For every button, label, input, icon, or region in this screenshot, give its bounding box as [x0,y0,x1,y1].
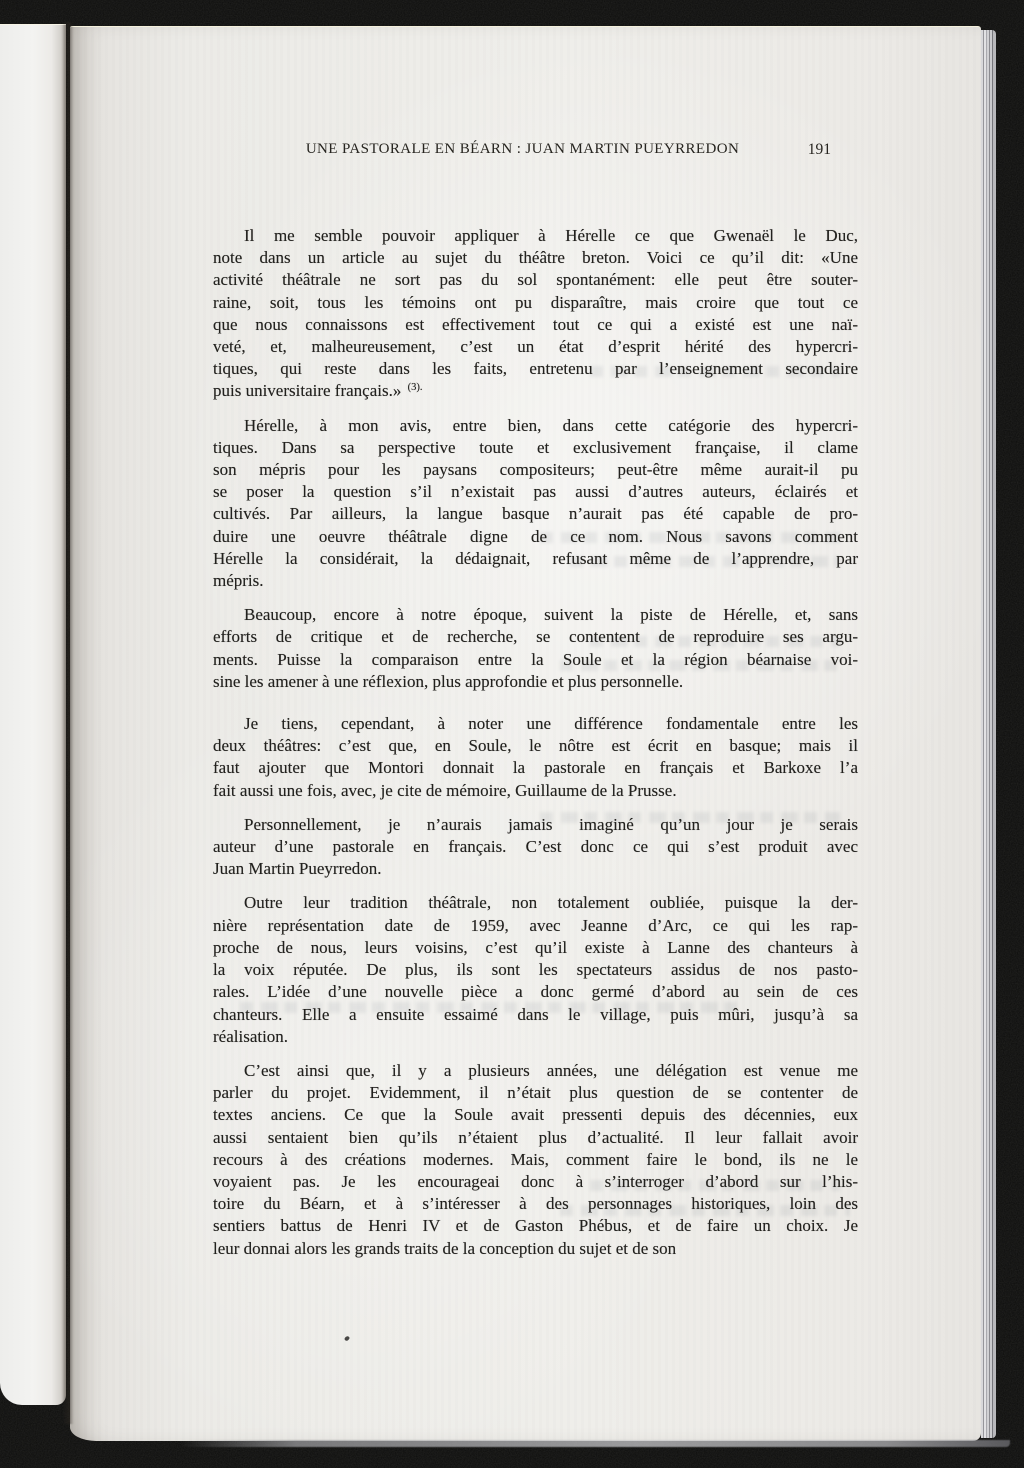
text-line: activité théâtrale ne sort pas du sol sp… [213,269,858,291]
text-line: que nous connaissons est effectivement t… [213,314,858,336]
scanned-book-spread: UNE PASTORALE EN BÉARN : JUAN MARTIN PUE… [0,0,1024,1468]
page-text: Il me semble pouvoir appliquer à Hérelle… [213,225,858,1260]
page-number: 191 [808,141,831,159]
paragraph: Hérelle, à mon avis, entre bien, dans ce… [213,415,858,593]
text-line: nière représentation date de 1959, avec … [213,915,858,937]
paragraph: Outre leur tradition théâtrale, non tota… [213,892,858,1047]
text-line: son mépris pour les paysans compositeurs… [213,459,858,481]
text-line: voyaient pas. Je les encourageai donc à … [213,1171,858,1193]
text-line: fait aussi une fois, avec, je cite de mé… [213,780,858,802]
facing-page-edge [0,24,66,1405]
text-line: auteur d’une pastorale en français. C’es… [213,836,858,858]
paragraph: Personnellement, je n’aurais jamais imag… [213,814,858,881]
paragraph: C’est ainsi que, il y a plusieurs années… [213,1060,858,1260]
page-bottom-edges [180,1440,1010,1447]
text-line: deux théâtres: c’est que, en Soule, le n… [213,735,858,757]
paragraph: Je tiens, cependant, à noter une différe… [213,713,858,802]
text-line-body: puis universitaire français.» [213,381,406,400]
text-line: chanteurs. Elle a ensuite essaimé dans l… [213,1004,858,1026]
page-header: UNE PASTORALE EN BÉARN : JUAN MARTIN PUE… [213,141,858,163]
text-line: textes anciens. Ce que la Soule avait pr… [213,1104,858,1126]
text-line: Beaucoup, encore à notre époque, suivent… [213,604,858,626]
text-line: tiques. Dans sa perspective toute et exc… [213,437,858,459]
text-line: C’est ainsi que, il y a plusieurs années… [213,1060,858,1082]
text-line: Hérelle, à mon avis, entre bien, dans ce… [213,415,858,437]
text-line: Outre leur tradition théâtrale, non tota… [213,892,858,914]
text-line: Personnellement, je n’aurais jamais imag… [213,814,858,836]
page-stack-edges [981,30,996,1438]
text-line: toire du Béarn, et à s’intéresser à des … [213,1193,858,1215]
text-line: parler du projet. Evidemment, il n’était… [213,1082,858,1104]
text-line: raine, soit, tous les témoins ont pu dis… [213,292,858,314]
text-line: Il me semble pouvoir appliquer à Hérelle… [213,225,858,247]
text-line: cultivés. Par ailleurs, la langue basque… [213,503,858,525]
text-line: duire une oeuvre théâtrale digne de ce n… [213,526,858,548]
paragraph: Beaucoup, encore à notre époque, suivent… [213,604,858,693]
text-line: veté, et, malheureusement, c’est un état… [213,336,858,358]
text-line: ments. Puisse la comparaison entre la So… [213,649,858,671]
text-line: note dans un article au sujet du théâtre… [213,247,858,269]
book-gutter-crease [62,22,74,1424]
text-line: faut ajouter que Montori donnait la past… [213,757,858,779]
text-line: la voix réputée. De plus, ils sont les s… [213,959,858,981]
text-line: rales. L’idée d’une nouvelle pièce a don… [213,981,858,1003]
text-line: Je tiens, cependant, à noter une différe… [213,713,858,735]
paragraph: Il me semble pouvoir appliquer à Hérelle… [213,225,858,403]
text-line: recours à des créations modernes. Mais, … [213,1149,858,1171]
text-line: sine les amener à une réflexion, plus ap… [213,671,858,693]
text-line: leur donnai alors les grands traits de l… [213,1238,858,1260]
running-title: UNE PASTORALE EN BÉARN : JUAN MARTIN PUE… [200,141,845,158]
footnote-reference: (3). [408,382,423,393]
text-line: tiques, qui reste dans les faits, entret… [213,358,858,380]
text-line: proche de nous, leurs voisins, c’est qu’… [213,937,858,959]
text-line: Hérelle la considérait, la dédaignait, r… [213,548,858,570]
text-line: efforts de critique et de recherche, se … [213,626,858,648]
text-line: Juan Martin Pueyrredon. [213,858,858,880]
text-line: sentiers battus de Henri IV et de Gaston… [213,1215,858,1237]
text-line: aussi sentaient bien qu’ils n’étaient pl… [213,1127,858,1149]
text-line: mépris. [213,570,858,592]
text-line: puis universitaire français.» (3). [213,380,858,402]
text-line: se poser la question s’il n’existait pas… [213,481,858,503]
text-line: réalisation. [213,1026,858,1048]
